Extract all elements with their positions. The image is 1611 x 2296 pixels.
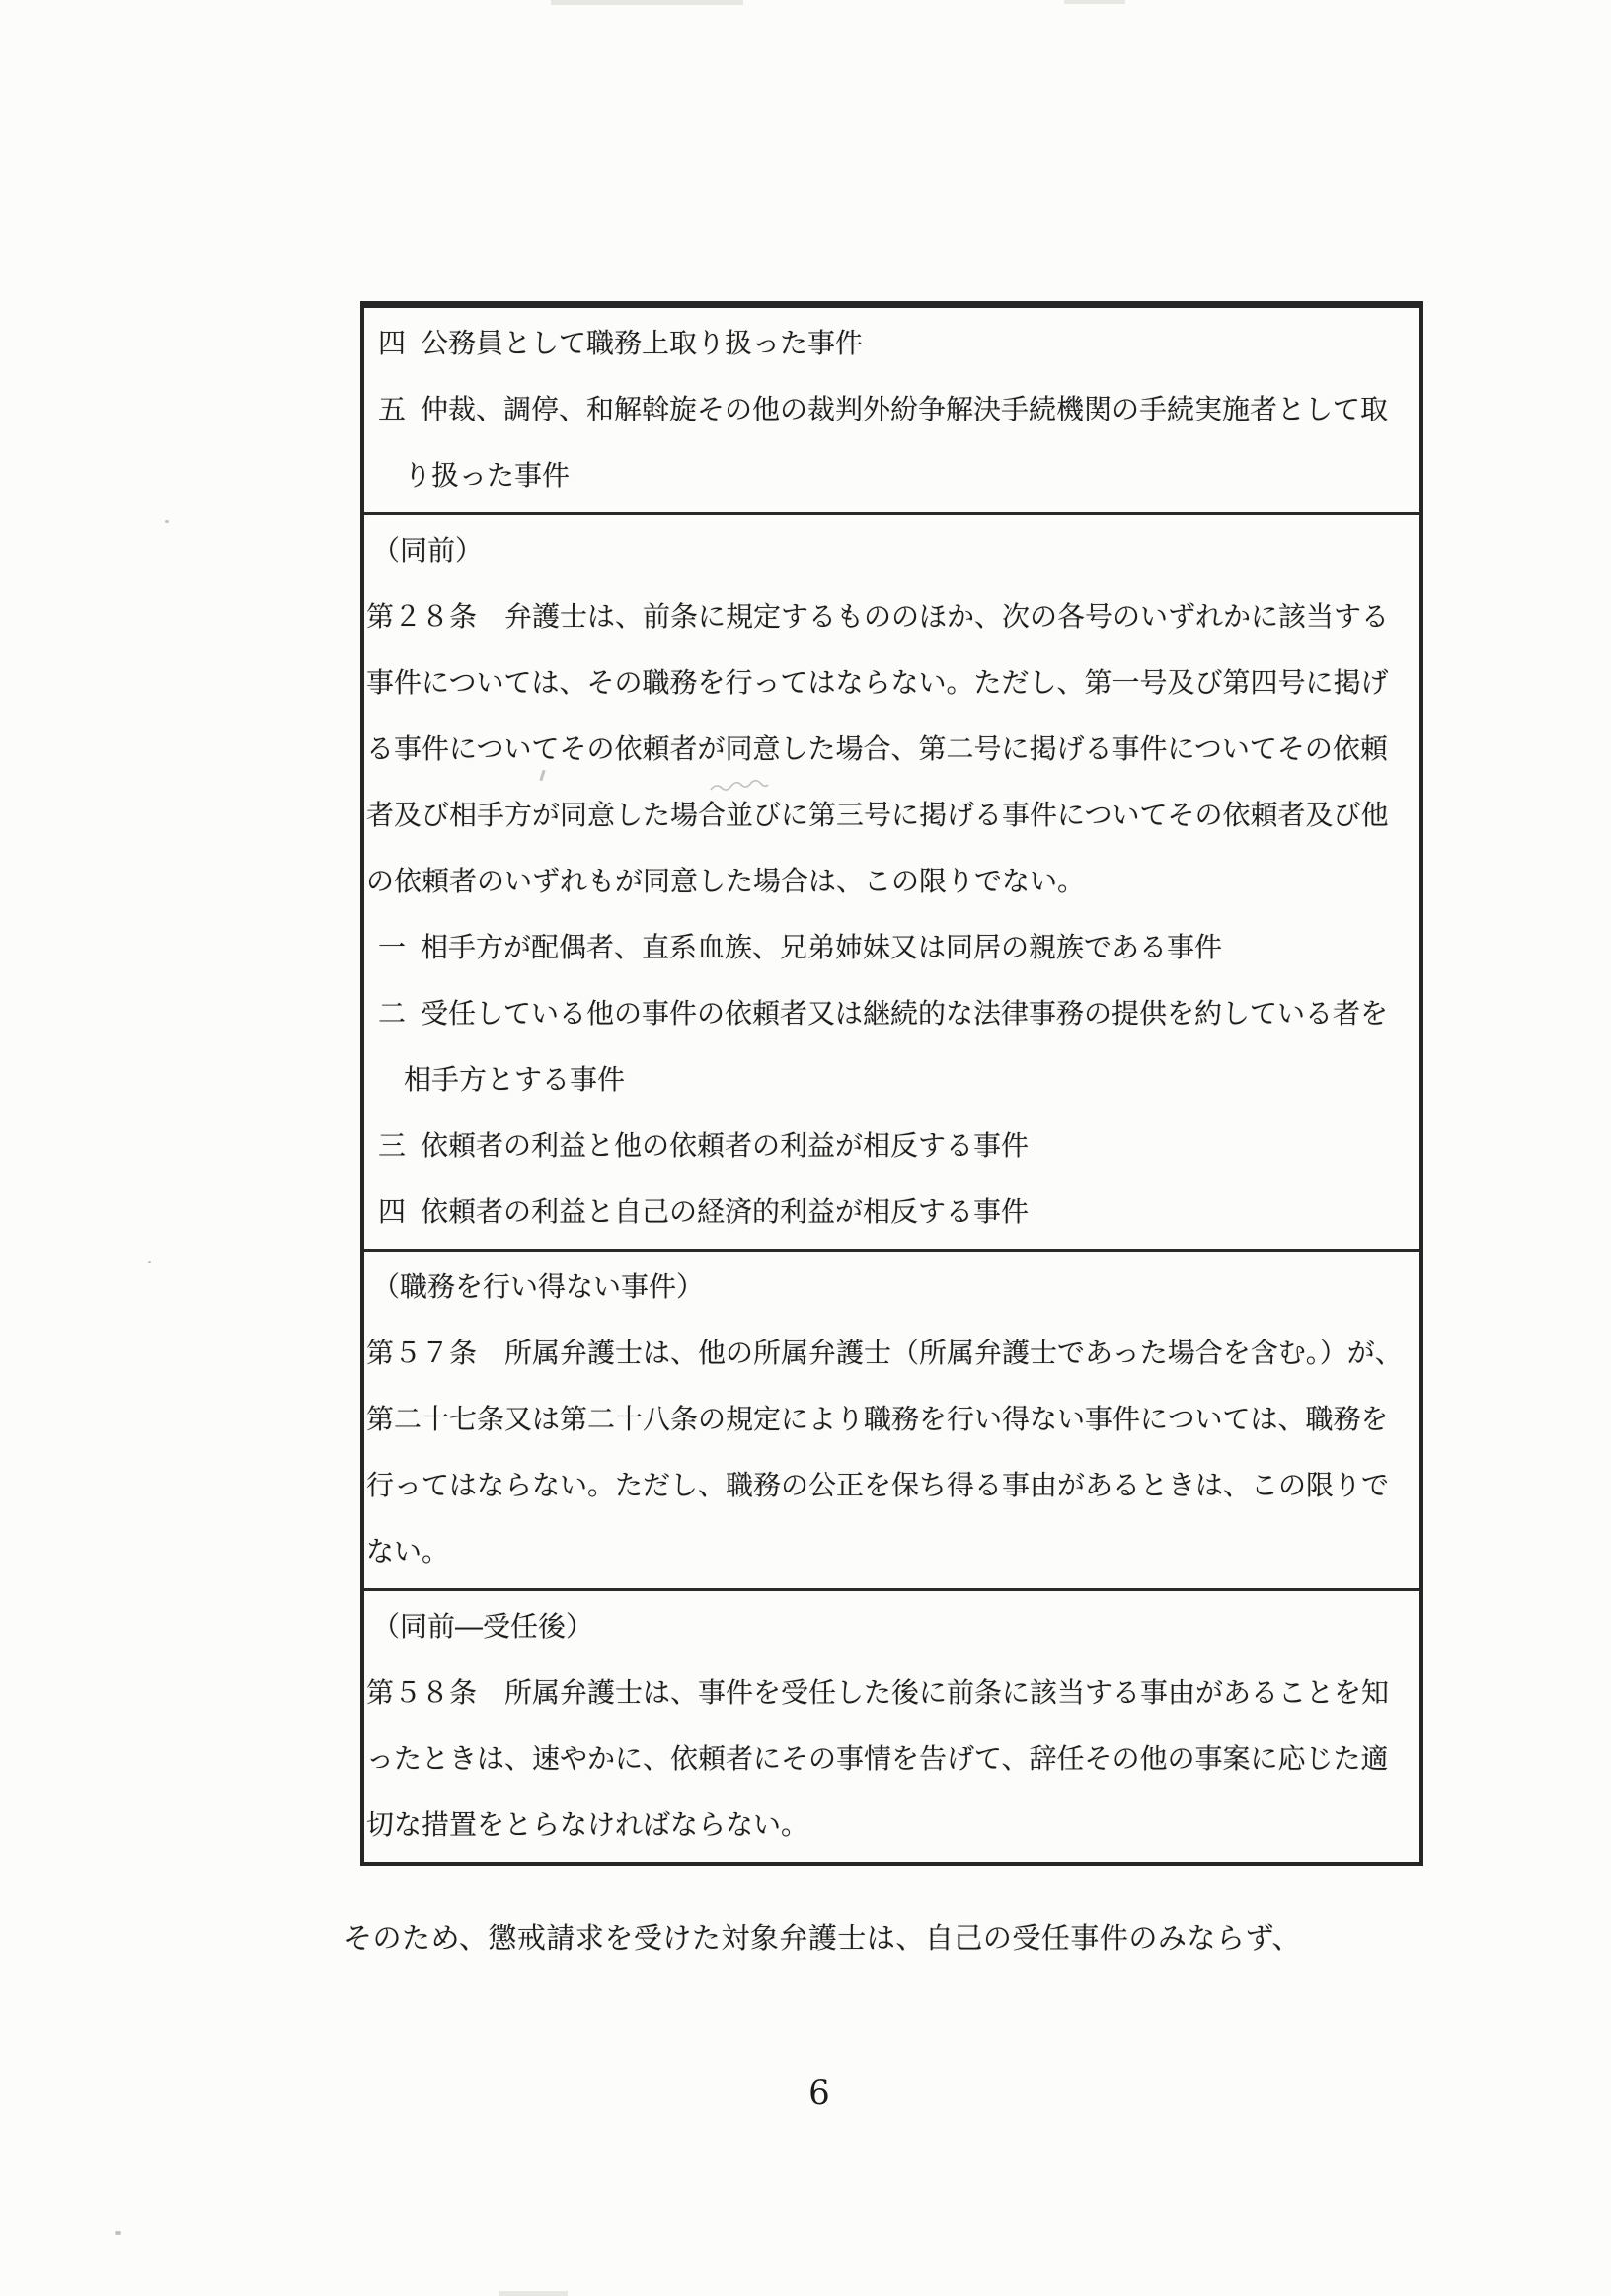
list-item: 二受任している他の事件の依頼者又は継続的な法律事務の提供を約している者を	[366, 980, 1419, 1046]
row-article-57: （職務を行い得ない事件） 第５７条 所属弁護士は、他の所属弁護士（所属弁護士であ…	[364, 1249, 1419, 1588]
article-text-line: 第二十七条又は第二十八条の規定により職務を行い得ない事件については、職務を	[366, 1386, 1419, 1452]
section-caption: （同前―受任後）	[366, 1593, 1419, 1659]
row-item-list: 四公務員として職務上取り扱った事件 五仲裁、調停、和解斡旋その他の裁判外紛争解決…	[364, 308, 1419, 512]
list-item: 三依頼者の利益と他の依頼者の利益が相反する事件	[366, 1112, 1419, 1179]
article-text-line: る事件についてその依頼者が同意した場合、第二号に掲げる事件についてその依頼	[366, 716, 1419, 782]
article-text-line: ない。	[366, 1518, 1419, 1584]
item-number: 四	[378, 310, 408, 376]
document-page: 四公務員として職務上取り扱った事件 五仲裁、調停、和解斡旋その他の裁判外紛争解決…	[0, 0, 1611, 2296]
item-number: 二	[378, 980, 408, 1046]
scan-speck	[165, 520, 169, 523]
article-text-line: 切な措置をとらなければならない。	[366, 1792, 1419, 1858]
legal-statute-table: 四公務員として職務上取り扱った事件 五仲裁、調停、和解斡旋その他の裁判外紛争解決…	[360, 301, 1423, 1866]
item-text: 受任している他の事件の依頼者又は継続的な法律事務の提供を約している者を	[421, 997, 1388, 1030]
article-text-line: 第２８条 弁護士は、前条に規定するもののほか、次の各号のいずれかに該当する	[366, 583, 1419, 650]
article-text-line: の依頼者のいずれもが同意した場合は、この限りでない。	[366, 848, 1419, 914]
item-text: 公務員として職務上取り扱った事件	[421, 327, 863, 359]
article-text-line: 第５７条 所属弁護士は、他の所属弁護士（所属弁護士であった場合を含む。）が、	[366, 1320, 1419, 1386]
article-text-line: 者及び相手方が同意した場合並びに第三号に掲げる事件についてその依頼者及び他	[366, 782, 1419, 848]
section-caption: （同前）	[366, 517, 1419, 583]
item-text: 依頼者の利益と自己の経済的利益が相反する事件	[421, 1195, 1029, 1228]
list-item: 一相手方が配偶者、直系血族、兄弟姉妹又は同居の親族である事件	[366, 914, 1419, 980]
list-item-continuation: り扱った事件	[366, 442, 1419, 508]
list-item: 四公務員として職務上取り扱った事件	[366, 310, 1419, 376]
item-text: 依頼者の利益と他の依頼者の利益が相反する事件	[421, 1129, 1029, 1162]
scan-speck	[115, 2231, 121, 2235]
item-number: 一	[378, 914, 408, 980]
item-number: 四	[378, 1179, 408, 1245]
list-item: 五仲裁、調停、和解斡旋その他の裁判外紛争解決手続機関の手続実施者として取	[366, 376, 1419, 442]
page-number: 6	[800, 2073, 839, 2112]
body-paragraph: そのため、懲戒請求を受けた対象弁護士は、自己の受任事件のみならず、	[344, 1913, 1301, 1962]
article-text-line: 行ってはならない。ただし、職務の公正を保ち得る事由があるときは、この限りで	[366, 1452, 1419, 1518]
article-text-line: ったときは、速やかに、依頼者にその事情を告げて、辞任その他の事案に応じた適	[366, 1725, 1419, 1792]
row-article-28: （同前） 第２８条 弁護士は、前条に規定するもののほか、次の各号のいずれかに該当…	[364, 512, 1419, 1249]
item-text: 仲裁、調停、和解斡旋その他の裁判外紛争解決手続機関の手続実施者として取	[421, 393, 1388, 425]
section-caption: （職務を行い得ない事件）	[366, 1254, 1419, 1320]
list-item-continuation: 相手方とする事件	[366, 1046, 1419, 1112]
scan-speck	[148, 1261, 151, 1263]
row-article-58: （同前―受任後） 第５８条 所属弁護士は、事件を受任した後に前条に該当する事由が…	[364, 1588, 1419, 1862]
scan-edge-streak	[551, 0, 743, 5]
item-text: 相手方が配偶者、直系血族、兄弟姉妹又は同居の親族である事件	[421, 931, 1222, 963]
list-item: 四依頼者の利益と自己の経済的利益が相反する事件	[366, 1179, 1419, 1245]
scan-edge-streak	[499, 2291, 568, 2296]
article-text-line: 事件については、その職務を行ってはならない。ただし、第一号及び第四号に掲げ	[366, 650, 1419, 716]
item-number: 三	[378, 1112, 408, 1179]
article-text-line: 第５８条 所属弁護士は、事件を受任した後に前条に該当する事由があることを知	[366, 1659, 1419, 1725]
scan-edge-streak	[1064, 0, 1125, 4]
scan-smudge-squiggle	[709, 780, 770, 800]
item-number: 五	[378, 376, 408, 442]
